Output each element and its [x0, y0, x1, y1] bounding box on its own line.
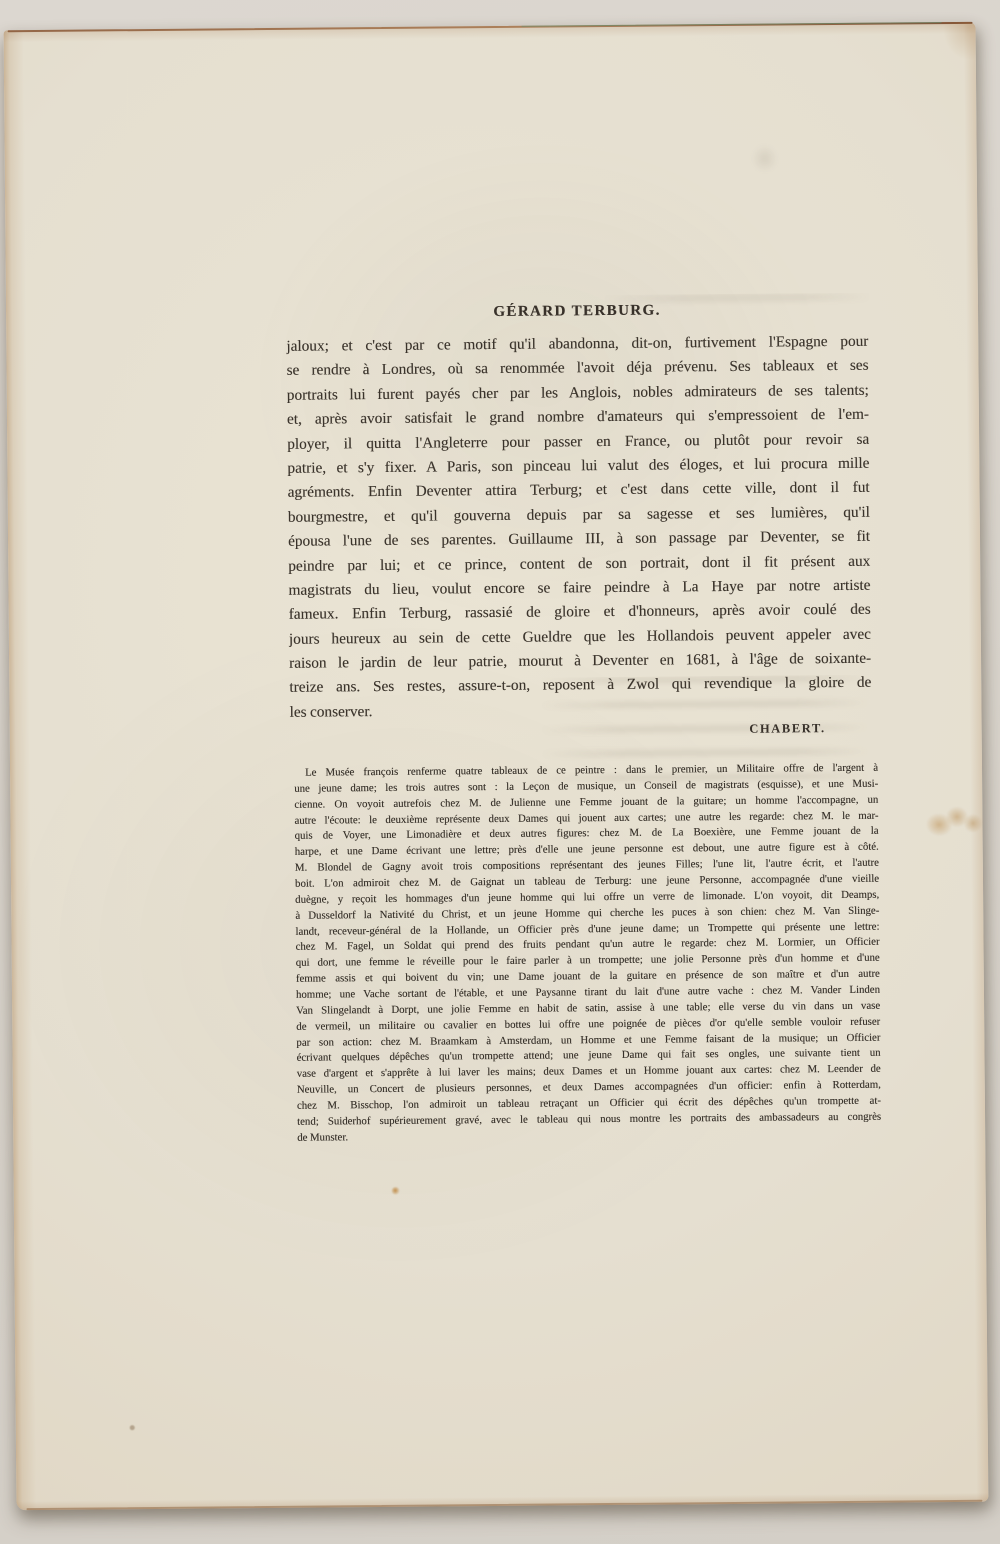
page-title: GÉRARD TERBURG.: [286, 301, 868, 323]
book-page: GÉRARD TERBURG. jaloux; et c'est par ce …: [4, 22, 989, 1510]
foxing-spot: [392, 1187, 400, 1195]
notes-paragraph: Le Musée françois renferme quatre tablea…: [294, 761, 881, 1147]
main-paragraph: jaloux; et c'est par ce motif qu'il aban…: [286, 330, 871, 725]
foxing-spot: [747, 139, 783, 177]
page-bottom-edge: [26, 1500, 982, 1510]
main-paragraph-line: treize ans. Ses restes, assure-t-on, rep…: [289, 671, 871, 700]
foxing-spot: [130, 1425, 135, 1430]
page-corner-discoloration: [930, 22, 977, 80]
scan-backdrop: GÉRARD TERBURG. jaloux; et c'est par ce …: [0, 0, 1000, 1544]
foxing-spot: [920, 798, 986, 842]
